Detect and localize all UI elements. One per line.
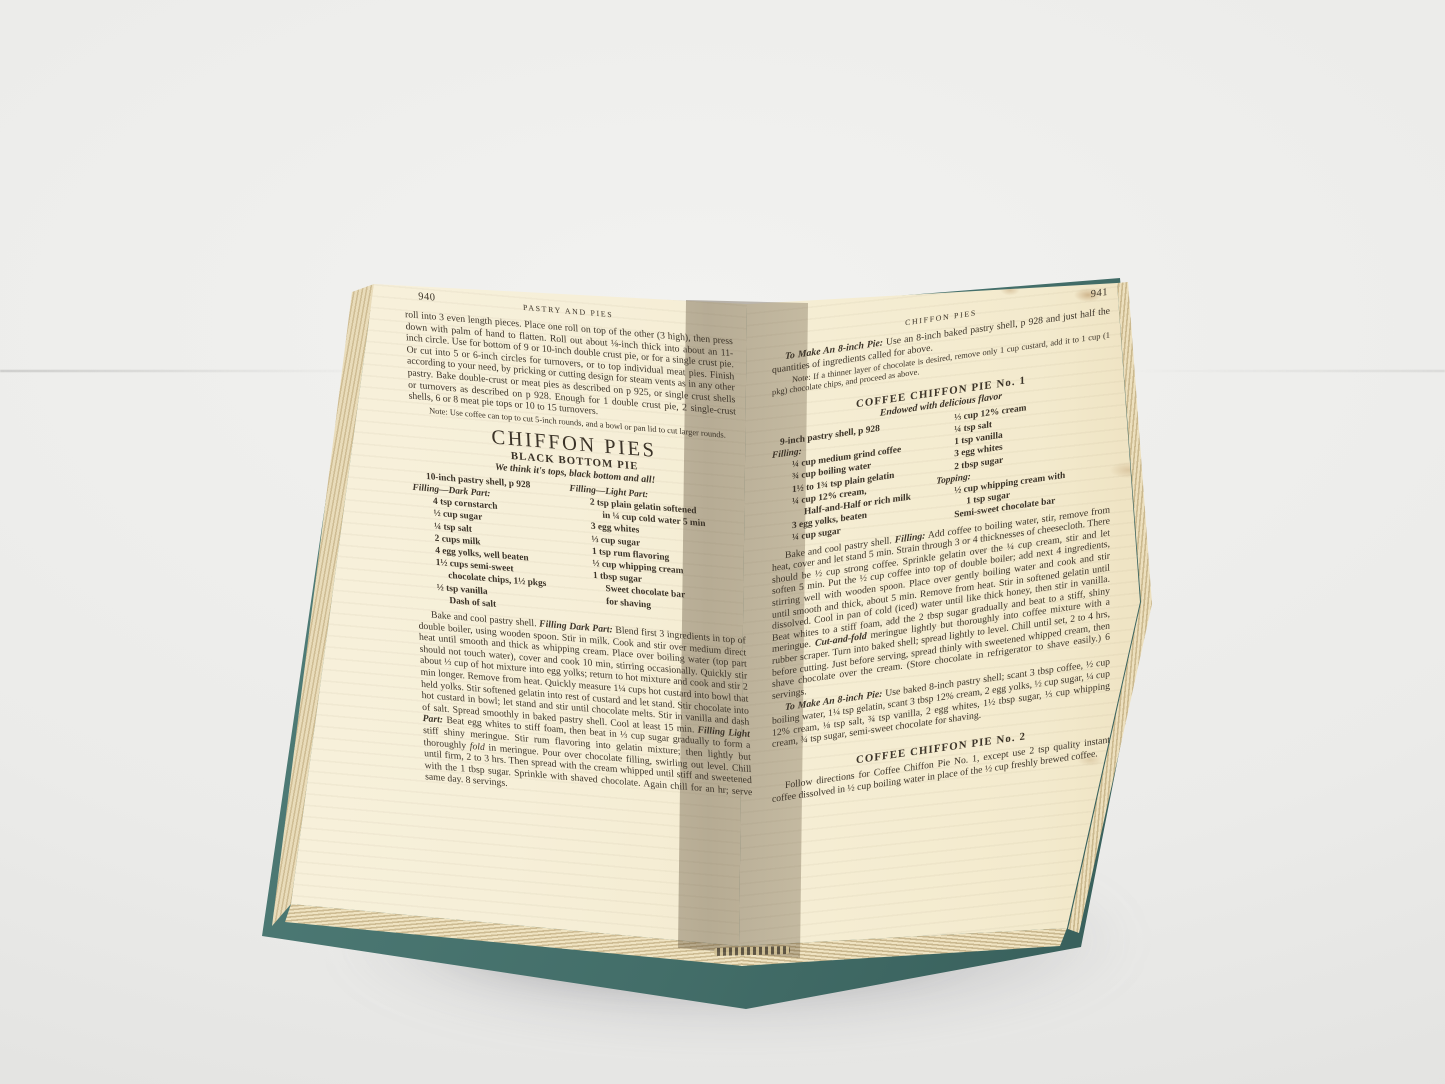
photo-scene: 940 PASTRY AND PIES roll into 3 even len… [0,0,1445,1084]
left-page-content: 940 PASTRY AND PIES roll into 3 even len… [404,290,753,810]
page-number-right: 941 [1091,287,1108,301]
topping-ingredient-list: ⅓ cup 12% cream¼ tsp salt1 tsp vanilla3 … [934,390,1110,525]
dark-part-ingredient-list: 4 tsp cornstarch½ cup sugar¼ tsp salt2 c… [413,494,575,617]
ingredient-columns-black-bottom: 10-inch pastry shell, p 928 Filling—Dark… [412,470,746,632]
right-page-content: CHIFFON PIES 941 To Make An 8-inch Pie: … [772,286,1110,805]
light-part-ingredient-list: 2 tsp plain gelatin softenedin ¼ cup col… [570,495,745,619]
ingredient-column-light-part: Filling—Light Part: 2 tsp plain gelatin … [569,483,745,632]
text-segment: fold [470,740,486,752]
ingredient-column-filling: 9-inch pastry shell, p 928 Filling: ¼ cu… [772,415,934,548]
ingredient-column-dark-part: 10-inch pastry shell, p 928 Filling—Dark… [412,470,575,618]
ingredient-column-topping: ⅓ cup 12% cream¼ tsp salt1 tsp vanilla3 … [934,390,1110,525]
black-bottom-directions: Bake and cool pastry shell. Filling Dark… [418,608,753,810]
